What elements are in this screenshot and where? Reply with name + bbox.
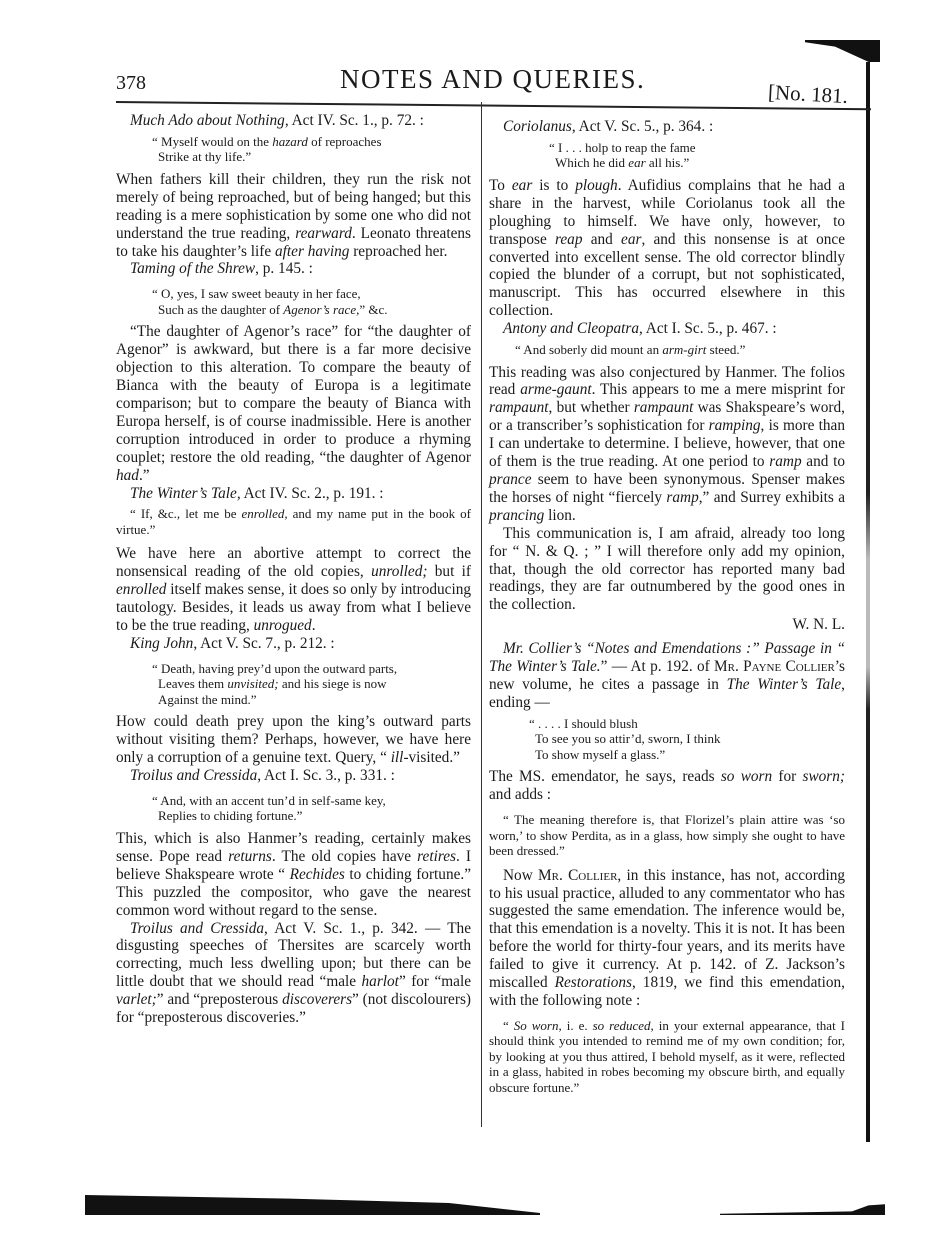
paragraph: This, which is also Hanmer’s reading, ce… — [116, 830, 471, 920]
section-heading: Taming of the Shrew, p. 145. : — [116, 260, 471, 278]
paragraph: Now Mr. Collier, in this instance, has n… — [489, 867, 845, 1010]
quotation: “ And, with an accent tun’d in self-same… — [152, 793, 471, 824]
paragraph: How could death prey upon the king’s out… — [116, 713, 471, 767]
page-bottom-shadow — [85, 1195, 540, 1215]
paragraph: When fathers kill their children, they r… — [116, 171, 471, 261]
masthead-title: NOTES AND QUERIES. — [340, 64, 645, 95]
quotation: “ Death, having prey’d upon the outward … — [152, 661, 471, 708]
paragraph: Troilus and Cressida, Act V. Sc. 1., p. … — [116, 920, 471, 1027]
paragraph: “The daughter of Agenor’s race” for “the… — [116, 323, 471, 484]
quotation: “ If, &c., let me be enrolled, and my na… — [116, 506, 471, 537]
page-edge-shadow — [866, 62, 870, 1142]
paragraph: This communication is, I am afraid, alre… — [489, 525, 845, 615]
paragraph: We have here an abortive attempt to corr… — [116, 545, 471, 635]
quotation: “ The meaning therefore is, that Florize… — [489, 812, 845, 859]
section-heading: Much Ado about Nothing, Act IV. Sc. 1., … — [116, 112, 471, 130]
quotation: “ Myself would on the hazard of reproach… — [152, 134, 471, 165]
issue-number: [No. 181. — [767, 80, 848, 109]
paragraph: The MS. emendator, he says, reads so wor… — [489, 768, 845, 804]
quotation: “ O, yes, I saw sweet beauty in her face… — [152, 286, 471, 317]
quotation: “ And soberly did mount an arm-girt stee… — [515, 342, 845, 358]
column-divider — [481, 102, 482, 1127]
header-rule — [116, 101, 871, 110]
section-heading: Coriolanus, Act V. Sc. 5., p. 364. : — [489, 118, 845, 136]
page-bottom-shadow-right — [720, 1203, 885, 1215]
paragraph: To ear is to plough. Aufidius complains … — [489, 177, 845, 320]
page-corner-shadow — [805, 40, 880, 62]
section-heading: Antony and Cleopatra, Act I. Sc. 5., p. … — [489, 320, 845, 338]
quotation: “ I . . . holp to reap the fameWhich he … — [549, 140, 845, 171]
quotation: “ . . . . I should blushTo see you so at… — [529, 716, 845, 763]
right-column: Coriolanus, Act V. Sc. 5., p. 364. : “ I… — [489, 118, 845, 1103]
paragraph: This reading was also conjectured by Han… — [489, 364, 845, 525]
quotation: “ So worn, i. e. so reduced, in your ext… — [489, 1018, 845, 1096]
signature: W. N. L. — [489, 616, 845, 634]
article-heading: Mr. Collier’s “Notes and Emendations :” … — [489, 640, 845, 712]
left-column: Much Ado about Nothing, Act IV. Sc. 1., … — [116, 112, 471, 1027]
section-heading: The Winter’s Tale, Act IV. Sc. 2., p. 19… — [116, 485, 471, 503]
section-heading: King John, Act V. Sc. 7., p. 212. : — [116, 635, 471, 653]
page-number: 378 — [116, 72, 146, 95]
section-heading: Troilus and Cressida, Act I. Sc. 3., p. … — [116, 767, 471, 785]
